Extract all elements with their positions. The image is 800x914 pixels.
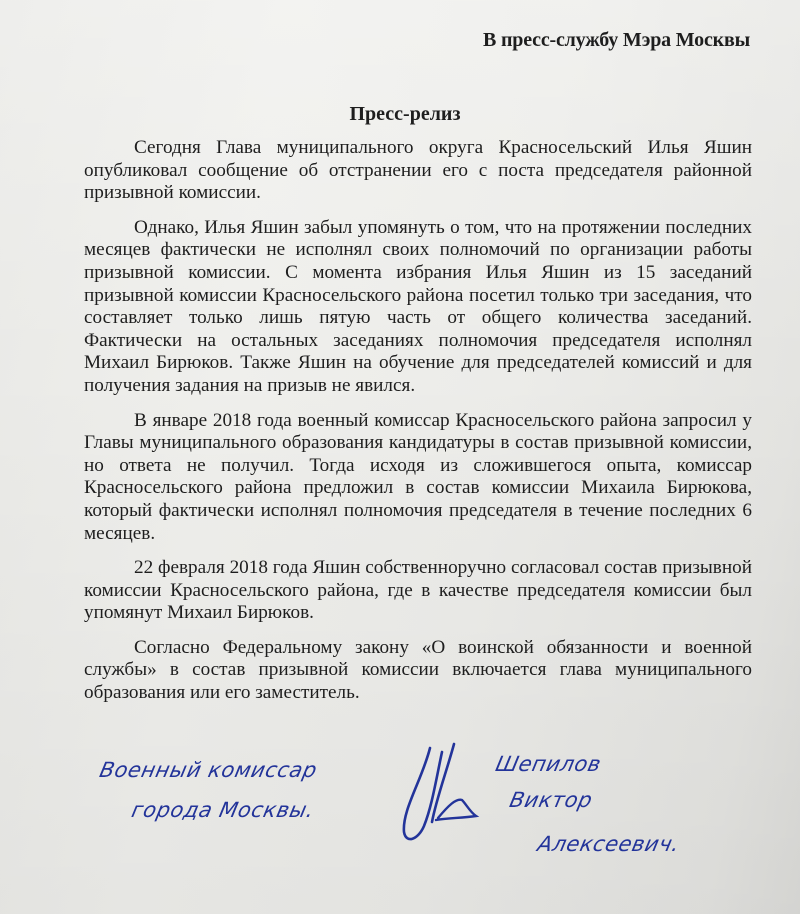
- paragraph: Согласно Федеральному закону «О воинской…: [84, 637, 752, 705]
- handwritten-first-name: Виктор: [507, 788, 594, 812]
- signature-scribble-icon: [392, 740, 502, 850]
- handwritten-surname: Шепилов: [493, 752, 603, 776]
- addressee-heading: В пресс-службу Мэра Москвы: [483, 29, 750, 52]
- signature-block: Военный комиссар города Москвы. Шепилов …: [0, 740, 800, 914]
- handwritten-position-city: города Москвы.: [129, 798, 316, 822]
- document-body: Сегодня Глава муниципального округа Крас…: [84, 137, 752, 717]
- paragraph: Сегодня Глава муниципального округа Крас…: [84, 137, 752, 205]
- paragraph: Однако, Илья Яшин забыл упомянуть о том,…: [84, 217, 752, 398]
- handwritten-position: Военный комиссар: [97, 758, 319, 782]
- handwritten-patronymic: Алексеевич.: [535, 832, 681, 856]
- paragraph: В январе 2018 года военный комиссар Крас…: [84, 410, 752, 546]
- document-title: Пресс-релиз: [0, 103, 800, 126]
- paragraph: 22 февраля 2018 года Яшин собственноручн…: [84, 557, 752, 625]
